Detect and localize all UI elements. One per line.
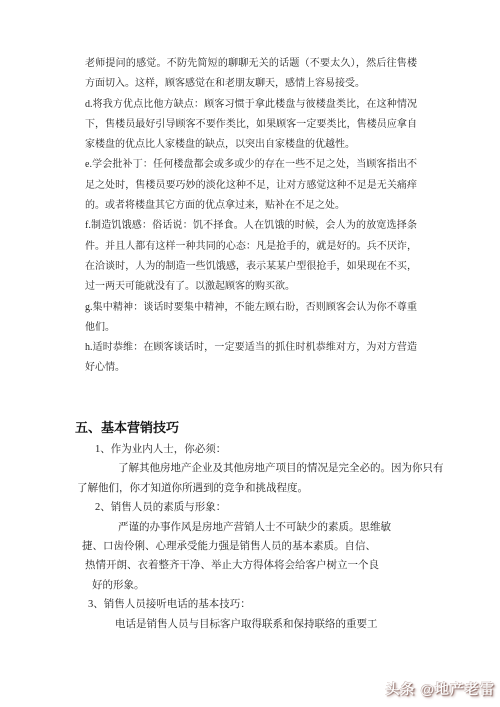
tip-h-line: h.适时恭维：在顾客谈话时，一定要适当的抓住时机恭维对方，为对方营造 (85, 338, 417, 358)
tip-g-line: 他们。 (85, 318, 417, 338)
paragraph-line: 热情开朗、衣着整齐干净、举止大方得体将会给客户树立一个良 (85, 556, 500, 575)
numbered-item: 3、销售人员接听电话的基本技巧： (88, 595, 500, 614)
paragraph-line: 好的形象。 (92, 576, 500, 595)
tip-d-line: 家楼盘的优点比人家楼盘的缺点，以突出自家楼盘的优越性。 (85, 135, 417, 155)
doc-line: 方面切入。这样，顾客感觉在和老朋友聊天，感情上容易接受。 (85, 74, 417, 94)
paragraph-line: 了解他们，你才知道你所遇到的竞争和挑战程度。 (77, 479, 500, 498)
numbered-item: 1、作为业内人士，你必须： (95, 440, 500, 459)
tip-d-line: 下，售楼员最好引导顾客不要作类比，如果顾客一定要类比，售楼员应拿自 (85, 115, 417, 135)
tip-h-line: 好心情。 (85, 358, 417, 378)
paragraph-line: 电话是销售人员与目标客户取得联系和保持联络的重要工 (115, 615, 500, 634)
section-body: 1、作为业内人士，你必须： 了解其他房地产企业及其他房地产项目的情况是完全必的。… (0, 440, 500, 634)
tip-f-line: 在洽谈时，人为的制造一些饥饿感，表示某某户型很抢手，如果现在不买， (85, 257, 417, 277)
document-page: 老师提问的感觉。不防先简短的聊聊无关的话题（不要太久），然后往售楼 方面切入。这… (0, 0, 500, 707)
numbered-item: 2、销售人员的素质与形象： (95, 498, 500, 517)
tip-f-line: f.制造饥饿感：俗话说：饥不择食。人在饥饿的时候，会人为的放宽选择条 (85, 216, 417, 236)
tip-e-line: e.学会批补丁：任何楼盘都会或多或少的存在一些不足之处，当顾客指出不 (85, 155, 417, 175)
paragraph-line: 了解其他房地产企业及其他房地产项目的情况是完全必的。因为你只有 (118, 459, 500, 478)
paragraph-line: 捷、口齿伶俐、心理承受能力强是销售人员的基本素质。自信、 (82, 537, 500, 556)
tip-d-line: d.将我方优点比他方缺点：顾客习惯于拿此楼盘与彼楼盘类比，在这种情况 (85, 95, 417, 115)
section-heading: 五、基本营销技巧 (75, 419, 179, 437)
doc-line: 老师提问的感觉。不防先简短的聊聊无关的话题（不要太久），然后往售楼 (85, 54, 417, 74)
tip-e-line: 足之处时，售楼员要巧妙的淡化这种不足，让对方感觉这种不足是无关痛痒 (85, 176, 417, 196)
toutiao-watermark: 头条 @地产老雷 (385, 679, 495, 699)
paragraph-line: 严谨的办事作风是房地产营销人士不可缺少的素质。思维敏 (118, 518, 500, 537)
tips-text-block: 老师提问的感觉。不防先简短的聊聊无关的话题（不要太久），然后往售楼 方面切入。这… (85, 54, 417, 379)
tip-f-line: 件。并且人都有这样一种共同的心态：凡是抢手的，就是好的。兵不厌诈， (85, 237, 417, 257)
tip-f-line: 过一两天可能就没有了。以激起顾客的购买欲。 (85, 277, 417, 297)
tip-e-line: 的。或者将楼盘其它方面的优点拿过来，贴补在不足之处。 (85, 196, 417, 216)
tip-g-line: g.集中精神：谈话时要集中精神，不能左顾右盼，否则顾客会认为你不尊重 (85, 298, 417, 318)
